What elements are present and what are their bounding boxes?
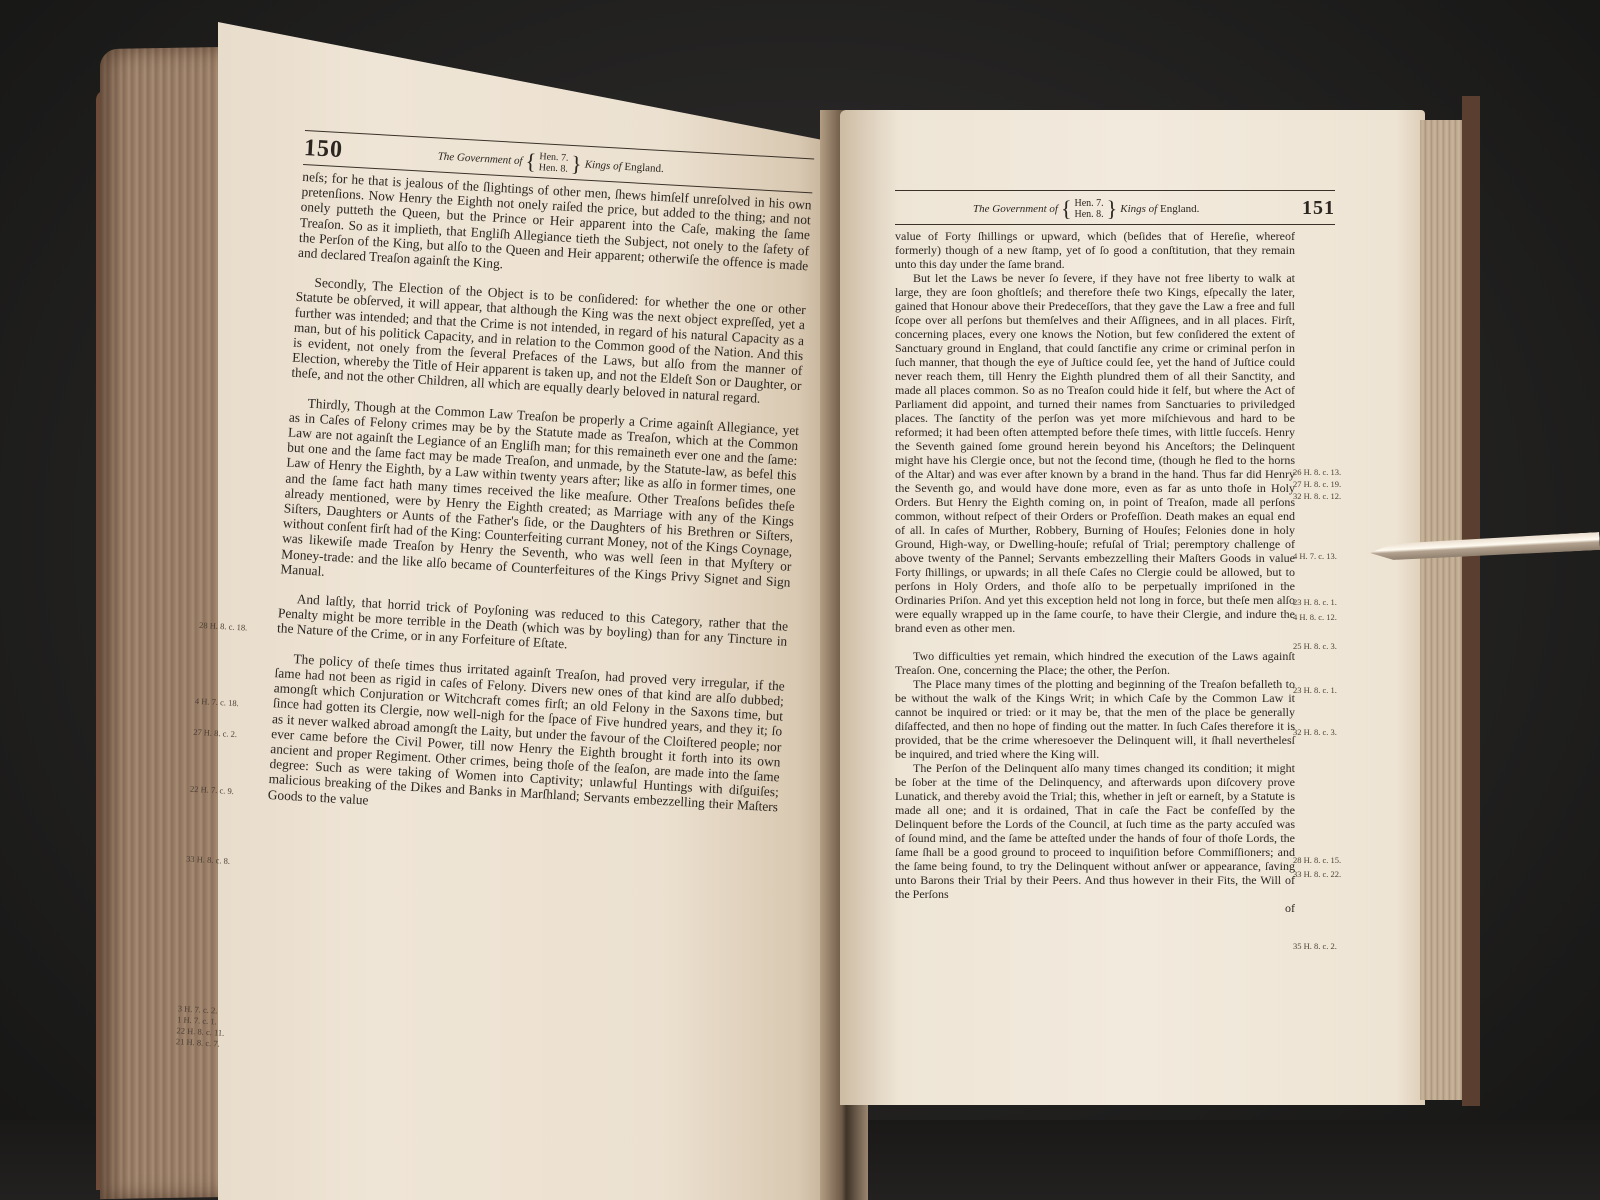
margin-note: 4 H. 7. c. 13.: [1293, 551, 1337, 561]
right-page-content: The Government of { Hen. 7. Hen. 8. } Ki…: [895, 190, 1295, 916]
right-brace-icon: }: [571, 152, 583, 175]
page-number: 151: [1302, 197, 1335, 220]
margin-note: 33 H. 8. c. 22.: [1293, 869, 1341, 879]
right-brace-icon: }: [1107, 198, 1118, 220]
header-rule-bottom: [895, 224, 1335, 225]
margin-note: 4 H. 8. c. 12.: [1293, 612, 1337, 622]
paragraph: The Place many times of the plotting and…: [895, 677, 1295, 761]
catchword: of: [895, 901, 1295, 916]
running-head: The Government of { Hen. 7. Hen. 8. } Ki…: [973, 198, 1199, 220]
left-brace-icon: {: [1061, 198, 1072, 220]
paragraph: value of Forty ſhillings or upward, whic…: [895, 229, 1295, 271]
margin-note: 32 H. 8. c. 12.: [1293, 491, 1341, 501]
margin-note: 27 H. 8. c. 19.: [1293, 479, 1341, 489]
page-number: 150: [303, 135, 343, 164]
margin-note: 23 H. 8. c. 1.: [1293, 685, 1337, 695]
margin-note: 26 H. 8. c. 13.: [1293, 467, 1341, 477]
margin-note: 32 H. 8. c. 3.: [1293, 727, 1337, 737]
margin-note: 28 H. 8. c. 15.: [1293, 855, 1341, 865]
pointer-blade-icon: [1370, 532, 1600, 562]
paragraph: Secondly, The Election of the Object is …: [291, 274, 806, 409]
book-right-cover: [1462, 96, 1480, 1106]
margin-note: 23 H. 8. c. 1.: [1293, 597, 1337, 607]
paragraph: The policy of theſe times thus irritated…: [267, 650, 785, 830]
left-page-content: 150 The Government of { Hen. 7. Hen. 8. …: [267, 130, 814, 830]
paragraph: Two difficulties yet remain, which hindr…: [895, 649, 1295, 677]
paragraph: Thirdly, Though at the Common Law Treaſo…: [280, 394, 799, 605]
paragraph: But let the Laws be never ſo ſevere, if …: [895, 271, 1295, 635]
paragraph: The Perſon of the Delinquent alſo many t…: [895, 761, 1295, 901]
margin-note: 25 H. 8. c. 3.: [1293, 641, 1337, 651]
margin-note: 35 H. 8. c. 2.: [1293, 941, 1337, 951]
left-brace-icon: {: [525, 150, 537, 173]
